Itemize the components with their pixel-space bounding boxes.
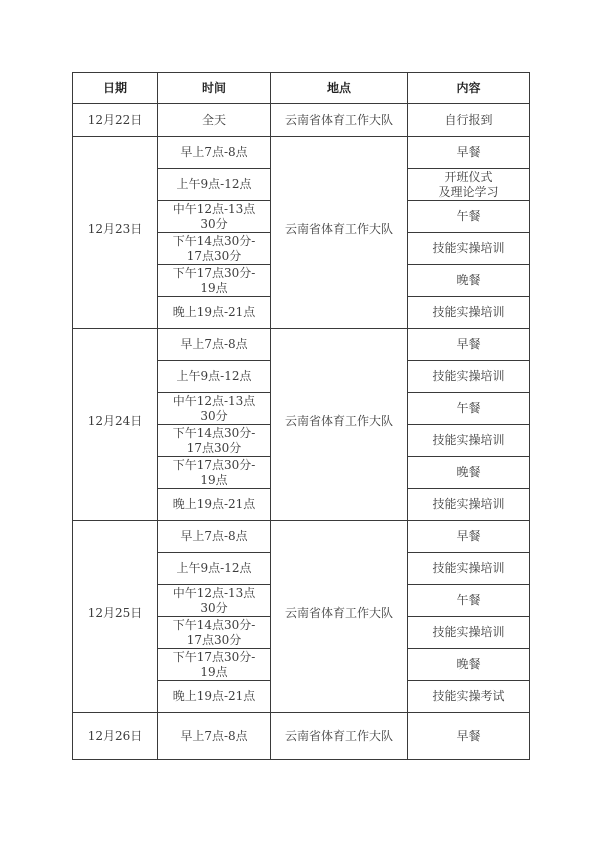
- time-cell: 下午17点30分-19点: [158, 649, 271, 681]
- time-line: 下午14点30分-: [173, 426, 256, 440]
- time-cell: 上午9点-12点: [158, 361, 271, 393]
- time-cell: 晚上19点-21点: [158, 681, 271, 713]
- content-cell: 开班仪式及理论学习: [408, 169, 530, 201]
- time-line: 下午14点30分-: [173, 618, 256, 632]
- date-text: 12月24日: [88, 414, 143, 429]
- content-cell: 早餐: [408, 521, 530, 553]
- time-cell: 全天: [158, 104, 271, 137]
- content-cell: 早餐: [408, 713, 530, 760]
- time-cell: 晚上19点-21点: [158, 489, 271, 521]
- content-line: 及理论学习: [438, 185, 498, 199]
- place-text: 云南省体育工作大队: [285, 414, 393, 429]
- content-cell: 早餐: [408, 329, 530, 361]
- place-text: 云南省体育工作大队: [285, 222, 393, 237]
- content-cell: 早餐: [408, 137, 530, 169]
- time-line: 17点30分: [187, 441, 242, 455]
- content-cell: 技能实操培训: [408, 297, 530, 329]
- time-line: 下午17点30分-: [173, 266, 256, 280]
- header-time: 时间: [158, 73, 271, 104]
- content-cell: 技能实操培训: [408, 361, 530, 393]
- time-cell: 早上7点-8点: [158, 521, 271, 553]
- content-cell: 午餐: [408, 585, 530, 617]
- header-date: 日期: [73, 73, 158, 104]
- place-cell: 云南省体育工作大队: [271, 521, 408, 713]
- content-cell: 自行报到: [408, 104, 530, 137]
- time-cell: 下午14点30分-17点30分: [158, 233, 271, 265]
- time-line: 17点30分: [187, 249, 242, 263]
- content-cell: 晚餐: [408, 649, 530, 681]
- header-content: 内容: [408, 73, 530, 104]
- time-cell: 下午17点30分-19点: [158, 457, 271, 489]
- table-row: 12月25日 早上7点-8点 云南省体育工作大队 早餐: [73, 521, 530, 553]
- place-cell: 云南省体育工作大队: [271, 104, 408, 137]
- time-cell: 中午12点-13点30分: [158, 393, 271, 425]
- place-text: 云南省体育工作大队: [285, 606, 393, 621]
- header-place: 地点: [271, 73, 408, 104]
- time-cell: 上午9点-12点: [158, 169, 271, 201]
- content-cell: 技能实操培训: [408, 617, 530, 649]
- place-cell: 云南省体育工作大队: [271, 329, 408, 521]
- content-cell: 技能实操培训: [408, 489, 530, 521]
- header-row: 日期 时间 地点 内容: [73, 73, 530, 104]
- date-cell: 12月22日: [73, 104, 158, 137]
- content-cell: 晚餐: [408, 457, 530, 489]
- time-line: 19点: [200, 473, 227, 487]
- time-line: 30分: [200, 601, 227, 615]
- table-row: 12月23日 早上7点-8点 云南省体育工作大队 早餐: [73, 137, 530, 169]
- time-cell: 下午14点30分-17点30分: [158, 617, 271, 649]
- date-text: 12月25日: [88, 606, 143, 621]
- content-cell: 午餐: [408, 201, 530, 233]
- table-row: 12月26日 早上7点-8点 云南省体育工作大队 早餐: [73, 713, 530, 760]
- time-cell: 中午12点-13点30分: [158, 585, 271, 617]
- time-line: 17点30分: [187, 633, 242, 647]
- schedule-table: 日期 时间 地点 内容 12月22日 全天 云南省体育工作大队 自行报到 12月…: [72, 72, 530, 760]
- time-cell: 早上7点-8点: [158, 713, 271, 760]
- date-cell: 12月24日: [73, 329, 158, 521]
- content-cell: 技能实操培训: [408, 233, 530, 265]
- date-cell: 12月23日: [73, 137, 158, 329]
- place-cell: 云南省体育工作大队: [271, 713, 408, 760]
- time-cell: 早上7点-8点: [158, 137, 271, 169]
- time-cell: 上午9点-12点: [158, 553, 271, 585]
- time-line: 中午12点-13点: [173, 586, 256, 600]
- time-cell: 下午17点30分-19点: [158, 265, 271, 297]
- place-cell: 云南省体育工作大队: [271, 137, 408, 329]
- time-line: 下午17点30分-: [173, 458, 256, 472]
- content-cell: 午餐: [408, 393, 530, 425]
- time-cell: 中午12点-13点30分: [158, 201, 271, 233]
- date-text: 12月23日: [88, 222, 143, 237]
- table-row: 12月24日 早上7点-8点 云南省体育工作大队 早餐: [73, 329, 530, 361]
- time-line: 30分: [200, 217, 227, 231]
- content-cell: 技能实操培训: [408, 425, 530, 457]
- time-line: 下午17点30分-: [173, 650, 256, 664]
- time-line: 中午12点-13点: [173, 202, 256, 216]
- time-cell: 下午14点30分-17点30分: [158, 425, 271, 457]
- table-row: 12月22日 全天 云南省体育工作大队 自行报到: [73, 104, 530, 137]
- content-cell: 技能实操培训: [408, 553, 530, 585]
- time-line: 下午14点30分-: [173, 234, 256, 248]
- time-cell: 晚上19点-21点: [158, 297, 271, 329]
- time-line: 19点: [200, 665, 227, 679]
- date-cell: 12月25日: [73, 521, 158, 713]
- time-line: 30分: [200, 409, 227, 423]
- date-cell: 12月26日: [73, 713, 158, 760]
- time-line: 中午12点-13点: [173, 394, 256, 408]
- content-line: 开班仪式: [444, 170, 492, 184]
- time-line: 19点: [200, 281, 227, 295]
- content-cell: 技能实操考试: [408, 681, 530, 713]
- time-cell: 早上7点-8点: [158, 329, 271, 361]
- content-cell: 晚餐: [408, 265, 530, 297]
